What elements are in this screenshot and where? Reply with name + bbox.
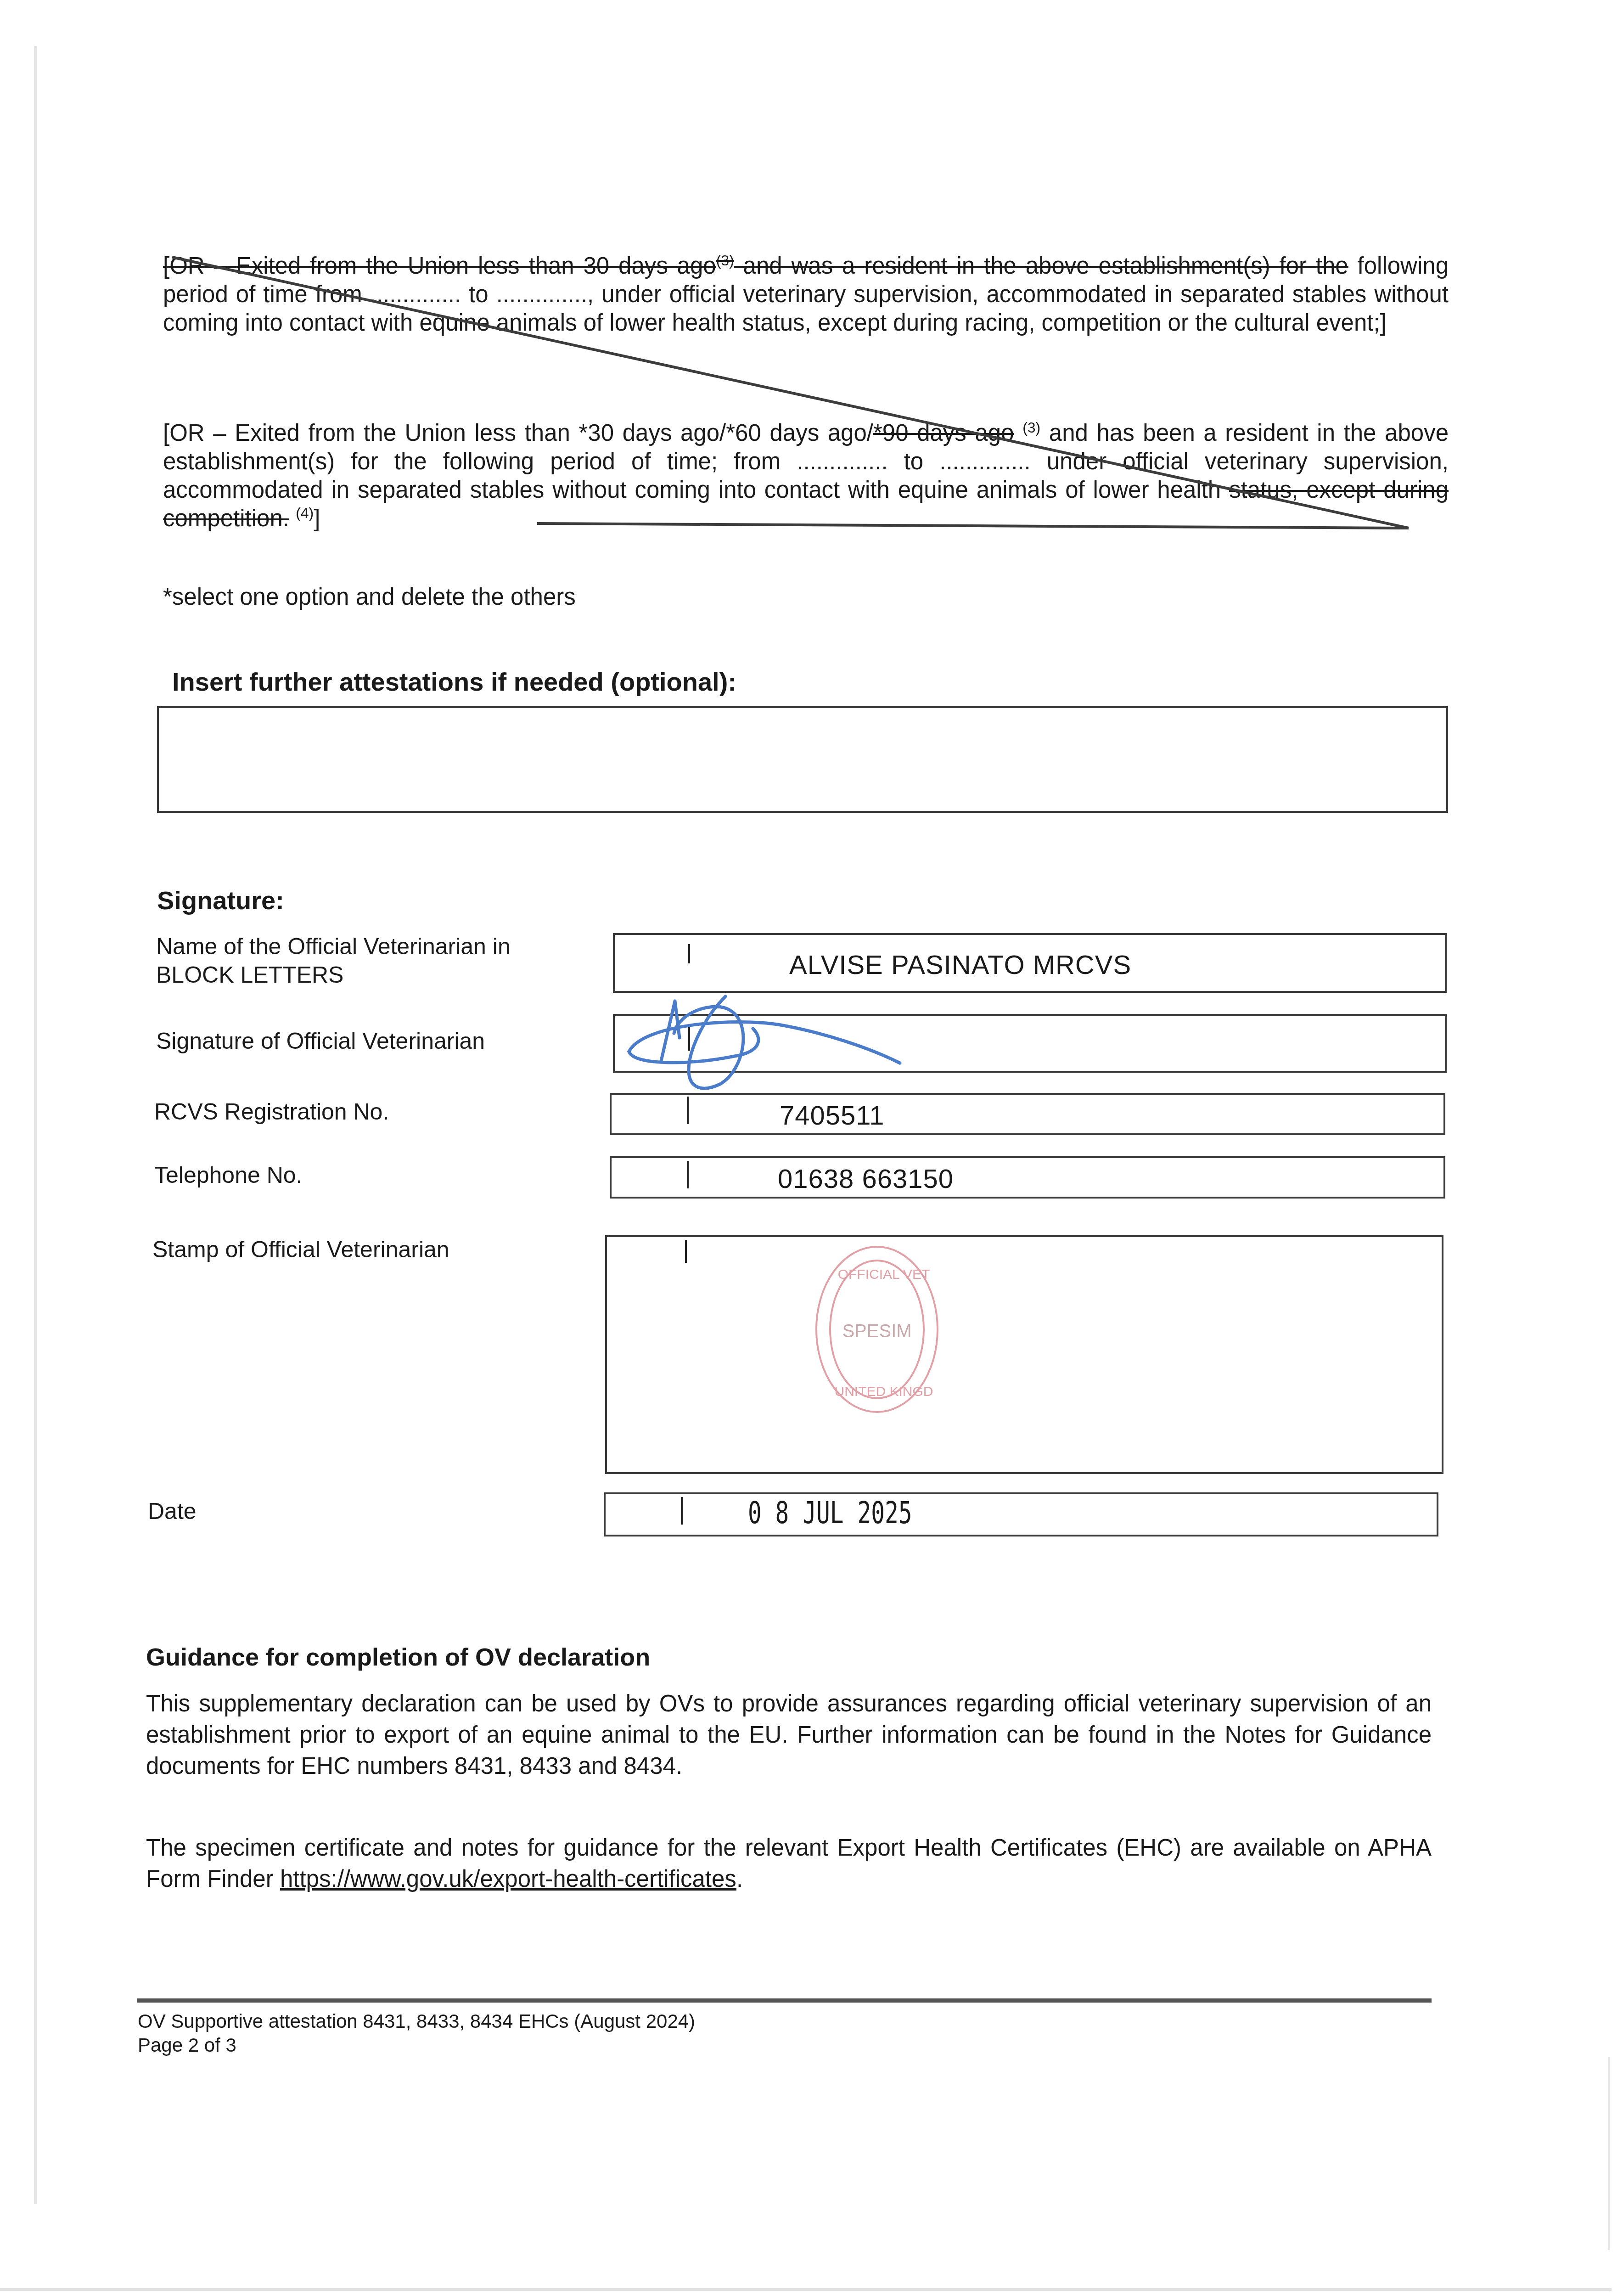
option-a-paragraph: [OR – Exited from the Union less than 30… bbox=[163, 252, 1449, 337]
footer-page-number: Page 2 of 3 bbox=[138, 2034, 236, 2056]
guidance-heading: Guidance for completion of OV declaratio… bbox=[146, 1643, 650, 1671]
footer-rule bbox=[137, 1998, 1432, 2003]
guidance-paragraph-1: This supplementary declaration can be us… bbox=[146, 1688, 1432, 1782]
telephone-label: Telephone No. bbox=[154, 1161, 302, 1189]
stamp-field[interactable] bbox=[605, 1235, 1443, 1474]
telephone-field[interactable]: 01638 663150 bbox=[610, 1156, 1445, 1199]
rcvs-number-field[interactable]: 7405511 bbox=[610, 1093, 1445, 1135]
date-label: Date bbox=[148, 1497, 197, 1525]
date-value: 0 8 JUL 2025 bbox=[748, 1495, 912, 1531]
field-marker bbox=[687, 1161, 689, 1188]
signature-heading: Signature: bbox=[157, 885, 284, 915]
page-edge-right bbox=[1608, 2057, 1610, 2250]
guidance-paragraph-2: The specimen certificate and notes for g… bbox=[146, 1832, 1432, 1895]
option-a-struck-text: [OR – Exited from the Union less than 30… bbox=[163, 253, 716, 279]
option-b-struck-90days: *90 days ago bbox=[873, 420, 1014, 446]
ov-name-value: ALVISE PASINATO MRCVS bbox=[789, 950, 1131, 980]
field-marker bbox=[685, 1240, 687, 1263]
ov-signature-label: Signature of Official Veterinarian bbox=[156, 1027, 485, 1055]
telephone-value: 01638 663150 bbox=[778, 1164, 954, 1194]
field-marker bbox=[688, 944, 690, 963]
select-option-note: *select one option and delete the others bbox=[163, 583, 576, 610]
stamp-label: Stamp of Official Veterinarian bbox=[152, 1235, 449, 1264]
page-edge-left bbox=[34, 46, 37, 2204]
annotation-overlay: OFFICIAL VET SPESIM UNITED KINGD bbox=[0, 0, 1623, 2296]
page-edge-bottom bbox=[0, 2288, 1612, 2291]
option-b-paragraph: [OR – Exited from the Union less than *3… bbox=[163, 419, 1449, 533]
ov-signature-field[interactable] bbox=[613, 1014, 1447, 1073]
further-attestations-heading: Insert further attestations if needed (o… bbox=[172, 667, 736, 697]
rcvs-number-label: RCVS Registration No. bbox=[154, 1097, 389, 1126]
ov-name-field[interactable]: ALVISE PASINATO MRCVS bbox=[613, 933, 1447, 993]
footer-form-reference: OV Supportive attestation 8431, 8433, 84… bbox=[138, 2010, 695, 2032]
ov-name-label: Name of the Official Veterinarian in BLO… bbox=[156, 932, 569, 989]
rcvs-number-value: 7405511 bbox=[780, 1100, 885, 1131]
field-marker bbox=[688, 1025, 690, 1051]
further-attestations-input[interactable] bbox=[157, 706, 1448, 813]
field-marker bbox=[687, 1097, 689, 1124]
date-field[interactable]: 0 8 JUL 2025 bbox=[604, 1492, 1438, 1536]
field-marker bbox=[681, 1497, 683, 1525]
export-health-certificates-link[interactable]: https://www.gov.uk/export-health-certifi… bbox=[280, 1866, 736, 1892]
